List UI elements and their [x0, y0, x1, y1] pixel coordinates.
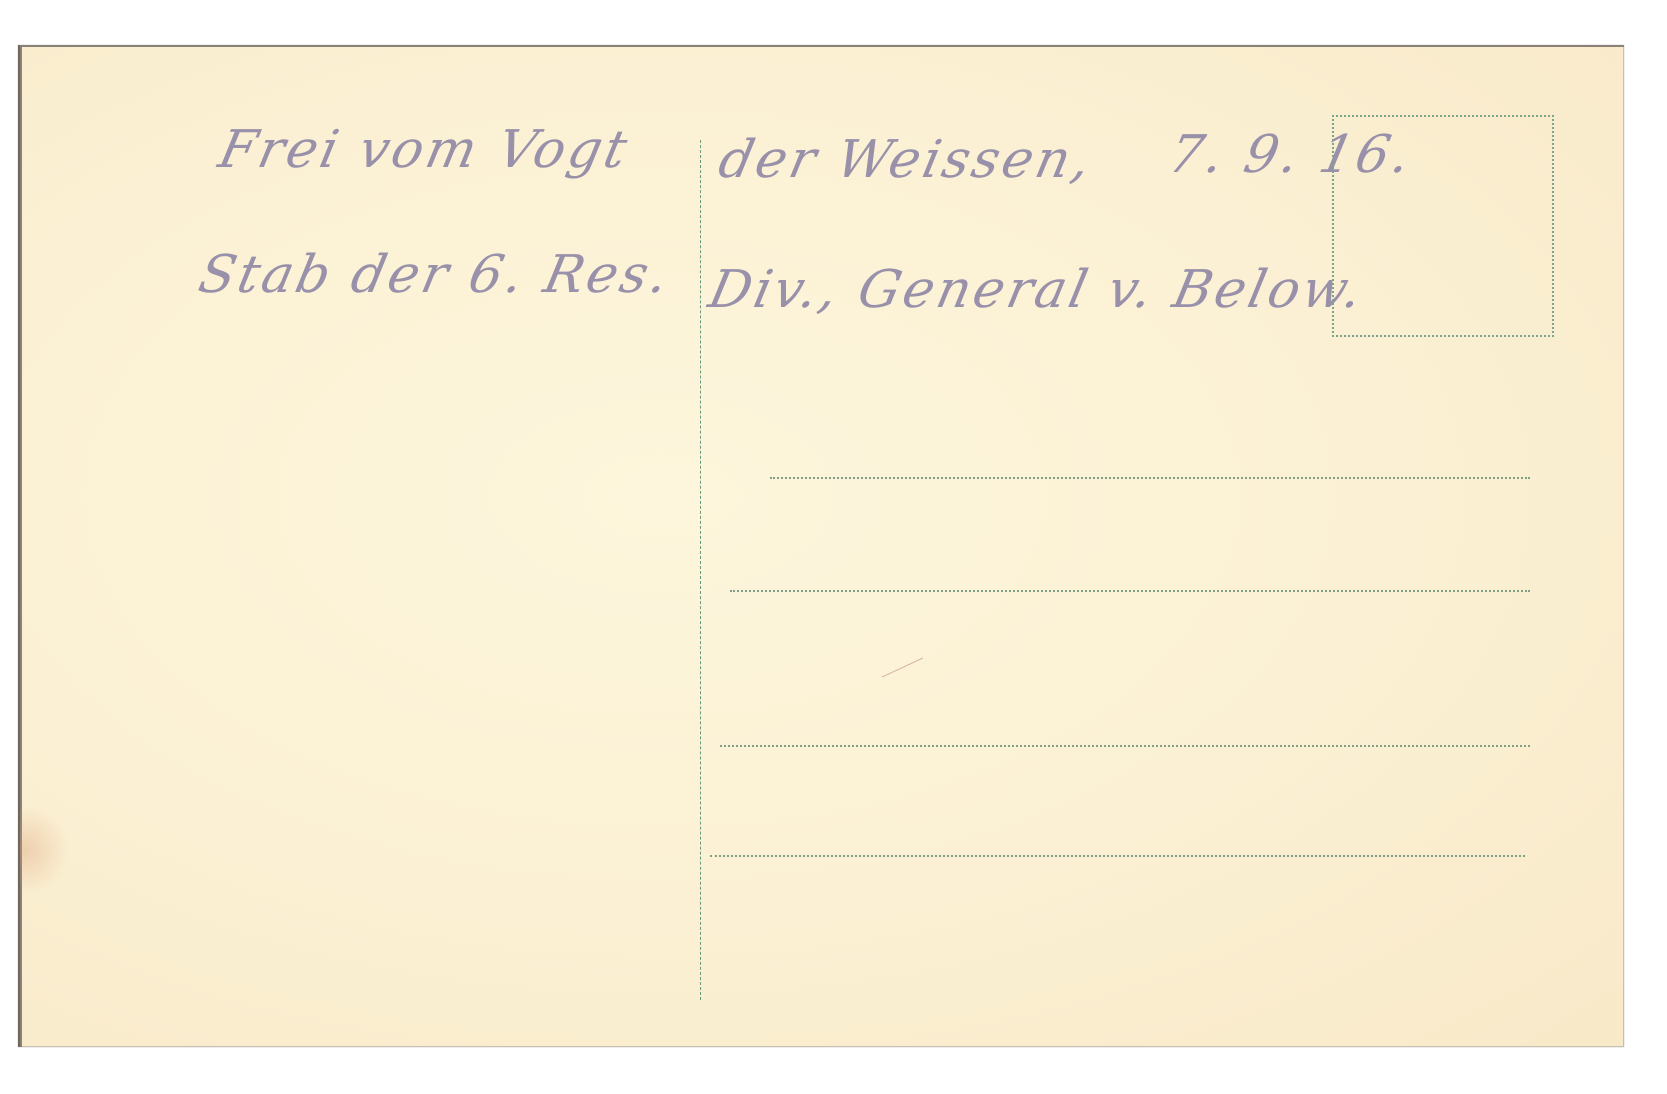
pencil-mark — [882, 658, 923, 678]
address-line-1 — [770, 477, 1530, 479]
address-line-3 — [720, 745, 1530, 747]
handwriting-line2-left: Stab der 6. Res. — [194, 245, 677, 305]
foxing-stain — [20, 805, 70, 895]
handwriting-line2-right: Div., General v. Below. — [704, 260, 1371, 320]
stamp-box — [1332, 115, 1554, 337]
handwriting-line1-left: Frei vom Vogt — [214, 120, 635, 180]
center-divider-line — [700, 140, 701, 1000]
postcard-back: Frei vom Vogt der Weissen, 7. 9. 16. Sta… — [18, 45, 1624, 1047]
handwriting-line1-right: der Weissen, — [714, 130, 1099, 190]
address-line-2 — [730, 590, 1530, 592]
address-line-4 — [710, 855, 1525, 857]
